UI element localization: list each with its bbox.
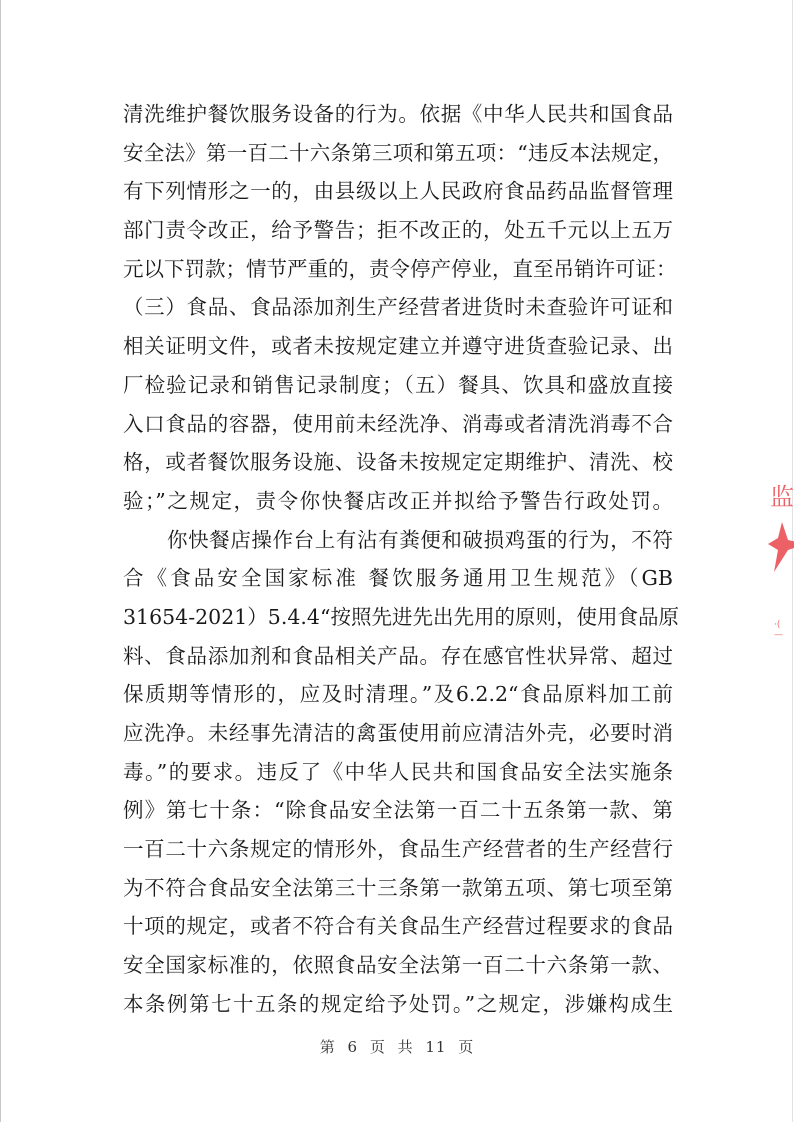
seal-code-fragment: ·(—	[774, 620, 783, 640]
text-line: 毒。”的要求。违反了《中华人民共和国食品安全法实施条	[123, 753, 673, 792]
text-line: 十项的规定，或者不符合有关食品生产经营过程要求的食品	[123, 907, 673, 946]
text-line: 为不符合食品安全法第三十三条第一款第五项、第七项至第	[123, 869, 673, 908]
text-line: 验；”之规定，责令你快餐店改正并拟给予警告行政处罚。	[123, 482, 673, 521]
text-line: 保质期等情形的，应及时清理。”及6.2.2“食品原料加工前	[123, 675, 673, 714]
text-line: 合《食品安全国家标准 餐饮服务通用卫生规范》（GB	[123, 559, 673, 598]
text-line: 本条例第七十五条的规定给予处罚。”之规定，涉嫌构成生	[123, 985, 673, 1024]
text-line: 安全法》第一百二十六条第三项和第五项：“违反本法规定，	[123, 134, 673, 173]
paragraph-start-line: 你快餐店操作台上有沾有粪便和破损鸡蛋的行为，不符	[123, 521, 673, 560]
text-line: 应洗净。未经事先清洁的禽蛋使用前应清洁外壳，必要时消	[123, 714, 673, 753]
seal-character: 监	[770, 484, 794, 510]
text-line: 元以下罚款；情节严重的，责令停产停业，直至吊销许可证：	[123, 250, 673, 289]
text-line: 相关证明文件，或者未按规定建立并遵守进货查验记录、出	[123, 327, 673, 366]
text-line: 部门责令改正，给予警告；拒不改正的，处五千元以上五万	[123, 211, 673, 250]
text-line: 31654-2021）5.4.4“按照先进先出先用的原则，使用食品原	[123, 598, 673, 637]
text-line: 清洗维护餐饮服务设备的行为。依据《中华人民共和国食品	[123, 95, 673, 134]
text-line: 一百二十六条规定的情形外，食品生产经营者的生产经营行	[123, 830, 673, 869]
body-text: 清洗维护餐饮服务设备的行为。依据《中华人民共和国食品 安全法》第一百二十六条第三…	[123, 95, 673, 1024]
page-number-footer: 第 6 页 共 11 页	[0, 1036, 794, 1057]
page-left-border	[0, 0, 1, 1122]
text-line: 有下列情形之一的，由县级以上人民政府食品药品监督管理	[123, 172, 673, 211]
text-line: 例》第七十条：“除食品安全法第一百二十五条第一款、第	[123, 791, 673, 830]
text-line: 格，或者餐饮服务设施、设备未按规定定期维护、清洗、校	[123, 443, 673, 482]
text-line: 安全国家标准的，依照食品安全法第一百二十六条第一款、	[123, 946, 673, 985]
text-line: 料、食品添加剂和食品相关产品。存在感官性状异常、超过	[123, 637, 673, 676]
star-icon	[768, 522, 794, 572]
text-line: （三）食品、食品添加剂生产经营者进货时未查验许可证和	[123, 288, 673, 327]
official-seal-fragment: 监 ·(—	[766, 482, 794, 652]
text-line: 入口食品的容器，使用前未经洗净、消毒或者清洗消毒不合	[123, 405, 673, 444]
text-line: 厂检验记录和销售记录制度；（五）餐具、饮具和盛放直接	[123, 366, 673, 405]
document-page: 清洗维护餐饮服务设备的行为。依据《中华人民共和国食品 安全法》第一百二十六条第三…	[0, 0, 794, 1122]
